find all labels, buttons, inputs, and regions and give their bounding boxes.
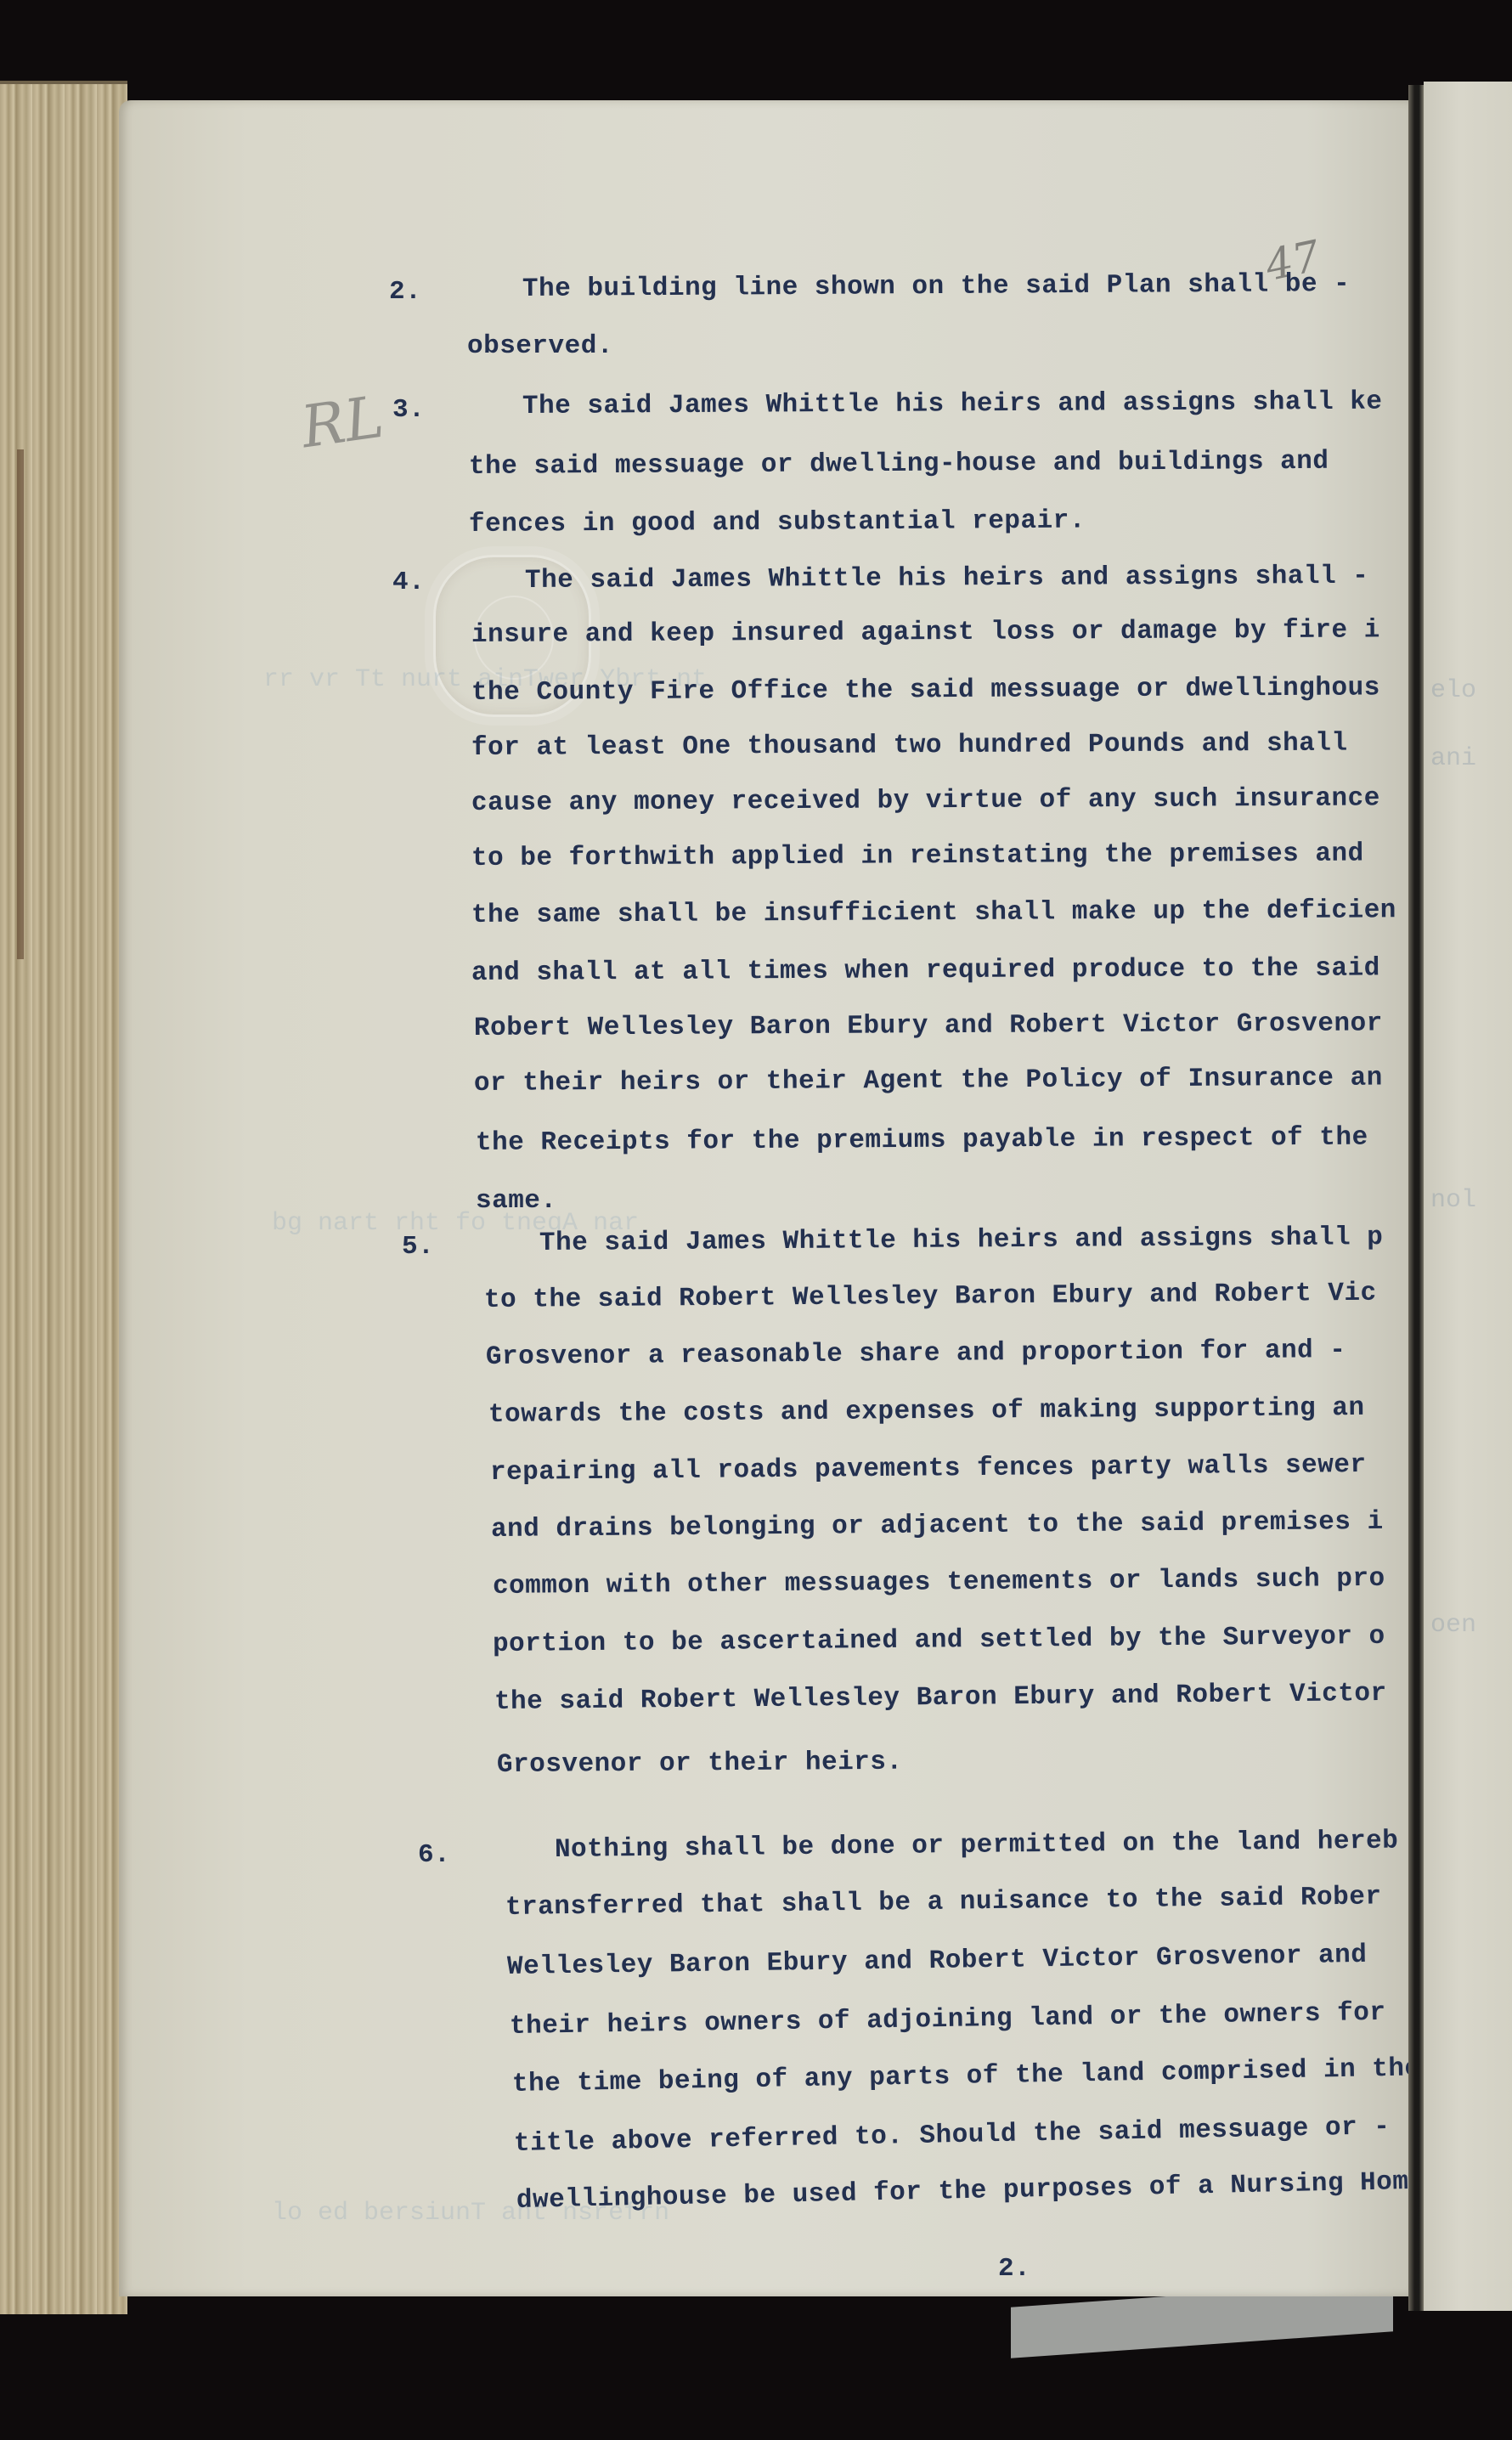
- clause-number: 4.: [392, 568, 425, 597]
- clause-line: The said James Whittle his heirs and ass…: [539, 1223, 1384, 1258]
- clause-line: the said Robert Wellesley Baron Ebury an…: [494, 1679, 1387, 1717]
- clause-line: repairing all roads pavements fences par…: [490, 1450, 1367, 1488]
- clause-line: Nothing shall be done or permitted on th…: [555, 1827, 1399, 1865]
- clause-line: and drains belonging or adjacent to the …: [491, 1507, 1384, 1545]
- clause-line: the County Fire Office the said messuage…: [471, 673, 1380, 708]
- margin-initials: RL: [297, 384, 387, 462]
- clause-line: The building line shown on the said Plan…: [522, 269, 1350, 304]
- facing-page-text: ani: [1430, 744, 1476, 773]
- clause-line: common with other messuages tenements or…: [493, 1564, 1385, 1601]
- clause-line: Grosvenor or their heirs.: [497, 1748, 903, 1780]
- facing-page-text: oen: [1430, 1611, 1476, 1640]
- clause-number: 3.: [392, 395, 425, 425]
- clause-number: 5.: [402, 1232, 434, 1262]
- clause-line: The said James Whittle his heirs and ass…: [525, 562, 1369, 596]
- clause-line: transferred that shall be a nuisance to …: [505, 1882, 1382, 1923]
- book-gutter: [1408, 85, 1424, 2311]
- clause-line: their heirs owners of adjoining land or …: [510, 1998, 1386, 2042]
- clause-line: fences in good and substantial repair.: [469, 506, 1086, 539]
- facing-page-text: elo: [1430, 676, 1476, 705]
- facing-page: elo ani nol oen: [1424, 82, 1512, 2311]
- clause-line: Grosvenor a reasonable share and proport…: [486, 1336, 1346, 1372]
- clause-line: the said messuage or dwelling-house and …: [469, 447, 1329, 482]
- clause-line: portion to be ascertained and settled by…: [493, 1622, 1385, 1659]
- page-number: 2.: [998, 2254, 1030, 2284]
- clause-line: insure and keep insured against loss or …: [471, 615, 1380, 650]
- document-page: rr vr Tt nurt ainTwer Ybrt nt bg nart rh…: [119, 100, 1410, 2296]
- clause-number: 6.: [418, 1840, 450, 1870]
- clause-line: cause any money received by virtue of an…: [471, 783, 1380, 818]
- clause-line: the Receipts for the premiums payable in…: [476, 1123, 1368, 1158]
- clause-line: same.: [476, 1186, 557, 1216]
- facing-page-text: nol: [1430, 1186, 1476, 1215]
- clause-line: the time being of any parts of the land …: [512, 2053, 1421, 2099]
- clause-line: the same shall be insufficient shall mak…: [471, 895, 1396, 930]
- clause-line: dwellinghouse be used for the purposes o…: [516, 2167, 1409, 2216]
- clause-line: Robert Wellesley Baron Ebury and Robert …: [474, 1008, 1383, 1043]
- clause-line: and shall at all times when required pro…: [471, 953, 1380, 988]
- clause-line: or their heirs or their Agent the Policy…: [474, 1063, 1383, 1099]
- clause-line: to be forthwith applied in reinstating t…: [471, 839, 1364, 873]
- clause-line: observed.: [467, 331, 613, 361]
- clause-line: towards the costs and expenses of making…: [488, 1393, 1365, 1430]
- clause-number: 2.: [389, 277, 421, 307]
- clause-line: to the said Robert Wellesley Baron Ebury…: [484, 1279, 1377, 1315]
- clause-line: Wellesley Baron Ebury and Robert Victor …: [507, 1940, 1368, 1982]
- stacked-page-edges: [0, 81, 127, 2314]
- clause-line: The said James Whittle his heirs and ass…: [522, 387, 1383, 421]
- clause-line: title above referred to. Should the said…: [514, 2112, 1391, 2159]
- clause-line: for at least One thousand two hundred Po…: [471, 729, 1348, 763]
- book-scan: rr vr Tt nurt ainTwer Ybrt nt bg nart rh…: [0, 0, 1512, 2440]
